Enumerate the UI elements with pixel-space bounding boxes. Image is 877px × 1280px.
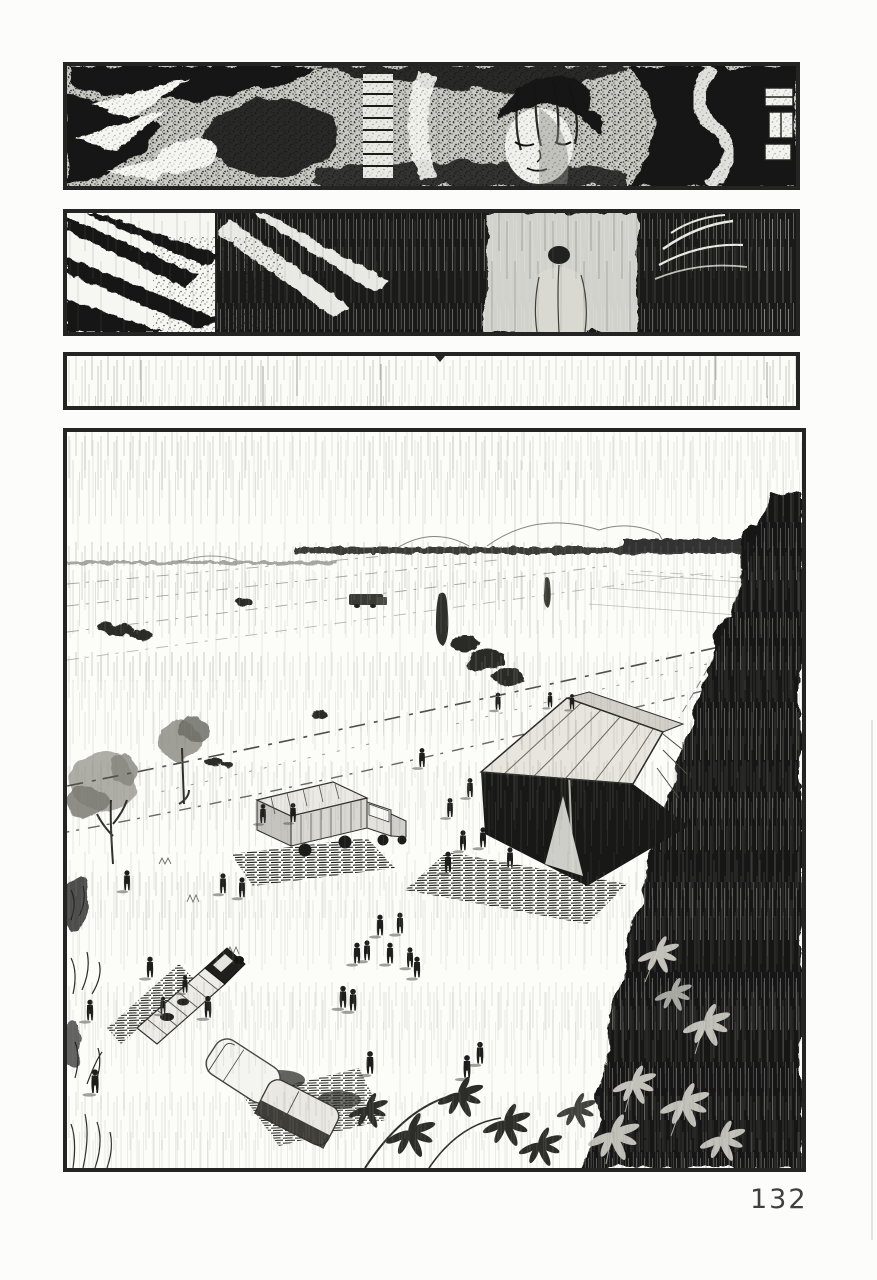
rain-overlay [67, 432, 802, 1168]
page-edge-shadow [871, 720, 873, 1240]
panel-3 [63, 352, 800, 410]
panel-2-art [67, 213, 796, 332]
panel-1 [63, 62, 800, 190]
panel-1-art [67, 66, 796, 186]
page-number: 132 [750, 1184, 808, 1215]
panel-3-art [67, 356, 796, 406]
panel-4-art [67, 432, 802, 1168]
panel-4 [63, 428, 806, 1172]
manga-page: 132 [0, 0, 877, 1280]
panel-2 [63, 209, 800, 336]
